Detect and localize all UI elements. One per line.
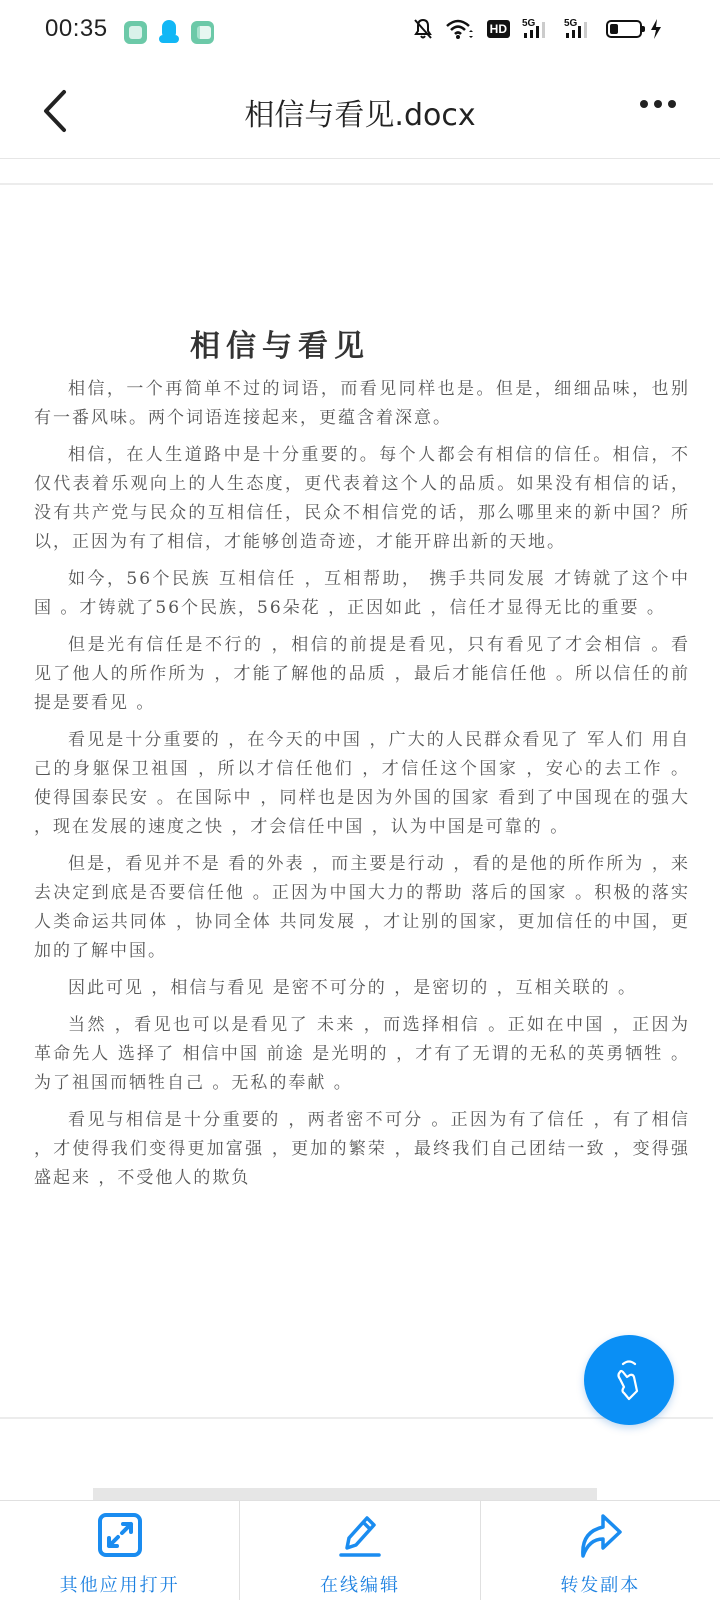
toolbar-label: 转发副本 — [560, 1571, 640, 1597]
hand-tap-icon — [607, 1355, 651, 1405]
document-page[interactable]: 相信与看见 相信，一个再简单不过的词语，而看见同样也是。但是，细细品味，也别有一… — [0, 185, 712, 1416]
expand-icon — [97, 1512, 143, 1558]
header-divider — [0, 158, 720, 159]
5g-signal-icon: 5G — [564, 18, 594, 40]
paragraph: 因此可见 ，相信与看见 是密不可分的 ，是密切的 ，互相关联的 。 — [34, 974, 690, 1003]
paragraph: 看见与相信是十分重要的 ，两者密不可分 。正因为有了信任 ，有了相信 ，才使得我… — [34, 1106, 690, 1193]
paragraph: 但是，看见并不是 看的外表 ，而主要是行动 ，看的是他的所作所为 ，来去决定到底… — [34, 850, 690, 966]
notification-icons — [124, 20, 214, 44]
more-horizontal-icon — [640, 100, 648, 108]
paragraph: 看见是十分重要的 ，在今天的中国 ，广大的人民群众看见了 军人们 用自己的身躯保… — [34, 726, 690, 842]
reader-app-icon — [191, 21, 214, 44]
system-icons: HD 5G 5G — [413, 18, 662, 40]
paragraph: 相信，在人生道路中是十分重要的。每个人都会有相信的信任。相信，不仅代表着乐观向上… — [34, 441, 690, 557]
toolbar-label: 在线编辑 — [320, 1571, 400, 1597]
5g-signal-icon: 5G — [522, 18, 552, 40]
qq-icon — [159, 20, 179, 44]
hd-voice-icon: HD — [487, 20, 510, 38]
document-body: 相信，一个再简单不过的词语，而看见同样也是。但是，细细品味，也别有一番风味。两个… — [34, 375, 690, 1201]
document-title: 相信与看见.docx — [0, 90, 720, 134]
paragraph: 如今，56个民族 互相信任 ，互相帮助， 携手共同发展 才铸就了这个中国 。才铸… — [34, 565, 690, 623]
more-options-button[interactable] — [640, 100, 676, 108]
status-time: 00:35 — [45, 15, 108, 43]
touch-mode-fab[interactable] — [584, 1335, 674, 1425]
battery-icon — [606, 20, 642, 38]
paragraph: 但是光有信任是不行的 ，相信的前提是看见，只有看见了才会相信 。看见了他人的所作… — [34, 631, 690, 718]
paragraph: 相信，一个再简单不过的词语，而看见同样也是。但是，细细品味，也别有一番风味。两个… — [34, 375, 690, 433]
wifi-icon — [445, 18, 475, 40]
document-heading: 相信与看见 — [190, 321, 370, 365]
bell-muted-icon — [413, 18, 433, 40]
paragraph: 当然 ，看见也可以是看见了 未来 ，而选择相信 。正如在中国 ，正因为革命先人 … — [34, 1011, 690, 1098]
share-forward-icon — [577, 1512, 623, 1558]
charging-icon — [650, 18, 662, 40]
forward-copy-button[interactable]: 转发副本 — [480, 1501, 720, 1600]
open-with-other-app-button[interactable]: 其他应用打开 — [0, 1501, 239, 1600]
online-edit-button[interactable]: 在线编辑 — [239, 1501, 479, 1600]
status-bar: 00:35 HD 5G 5G — [0, 0, 720, 64]
app-header: 相信与看见.docx — [0, 64, 720, 156]
app-notification-icon — [124, 21, 147, 44]
bottom-toolbar: 其他应用打开 在线编辑 转发副本 — [0, 1500, 720, 1600]
toolbar-label: 其他应用打开 — [60, 1571, 180, 1597]
horizontal-scrollbar[interactable] — [93, 1488, 597, 1500]
pencil-icon — [337, 1512, 383, 1558]
